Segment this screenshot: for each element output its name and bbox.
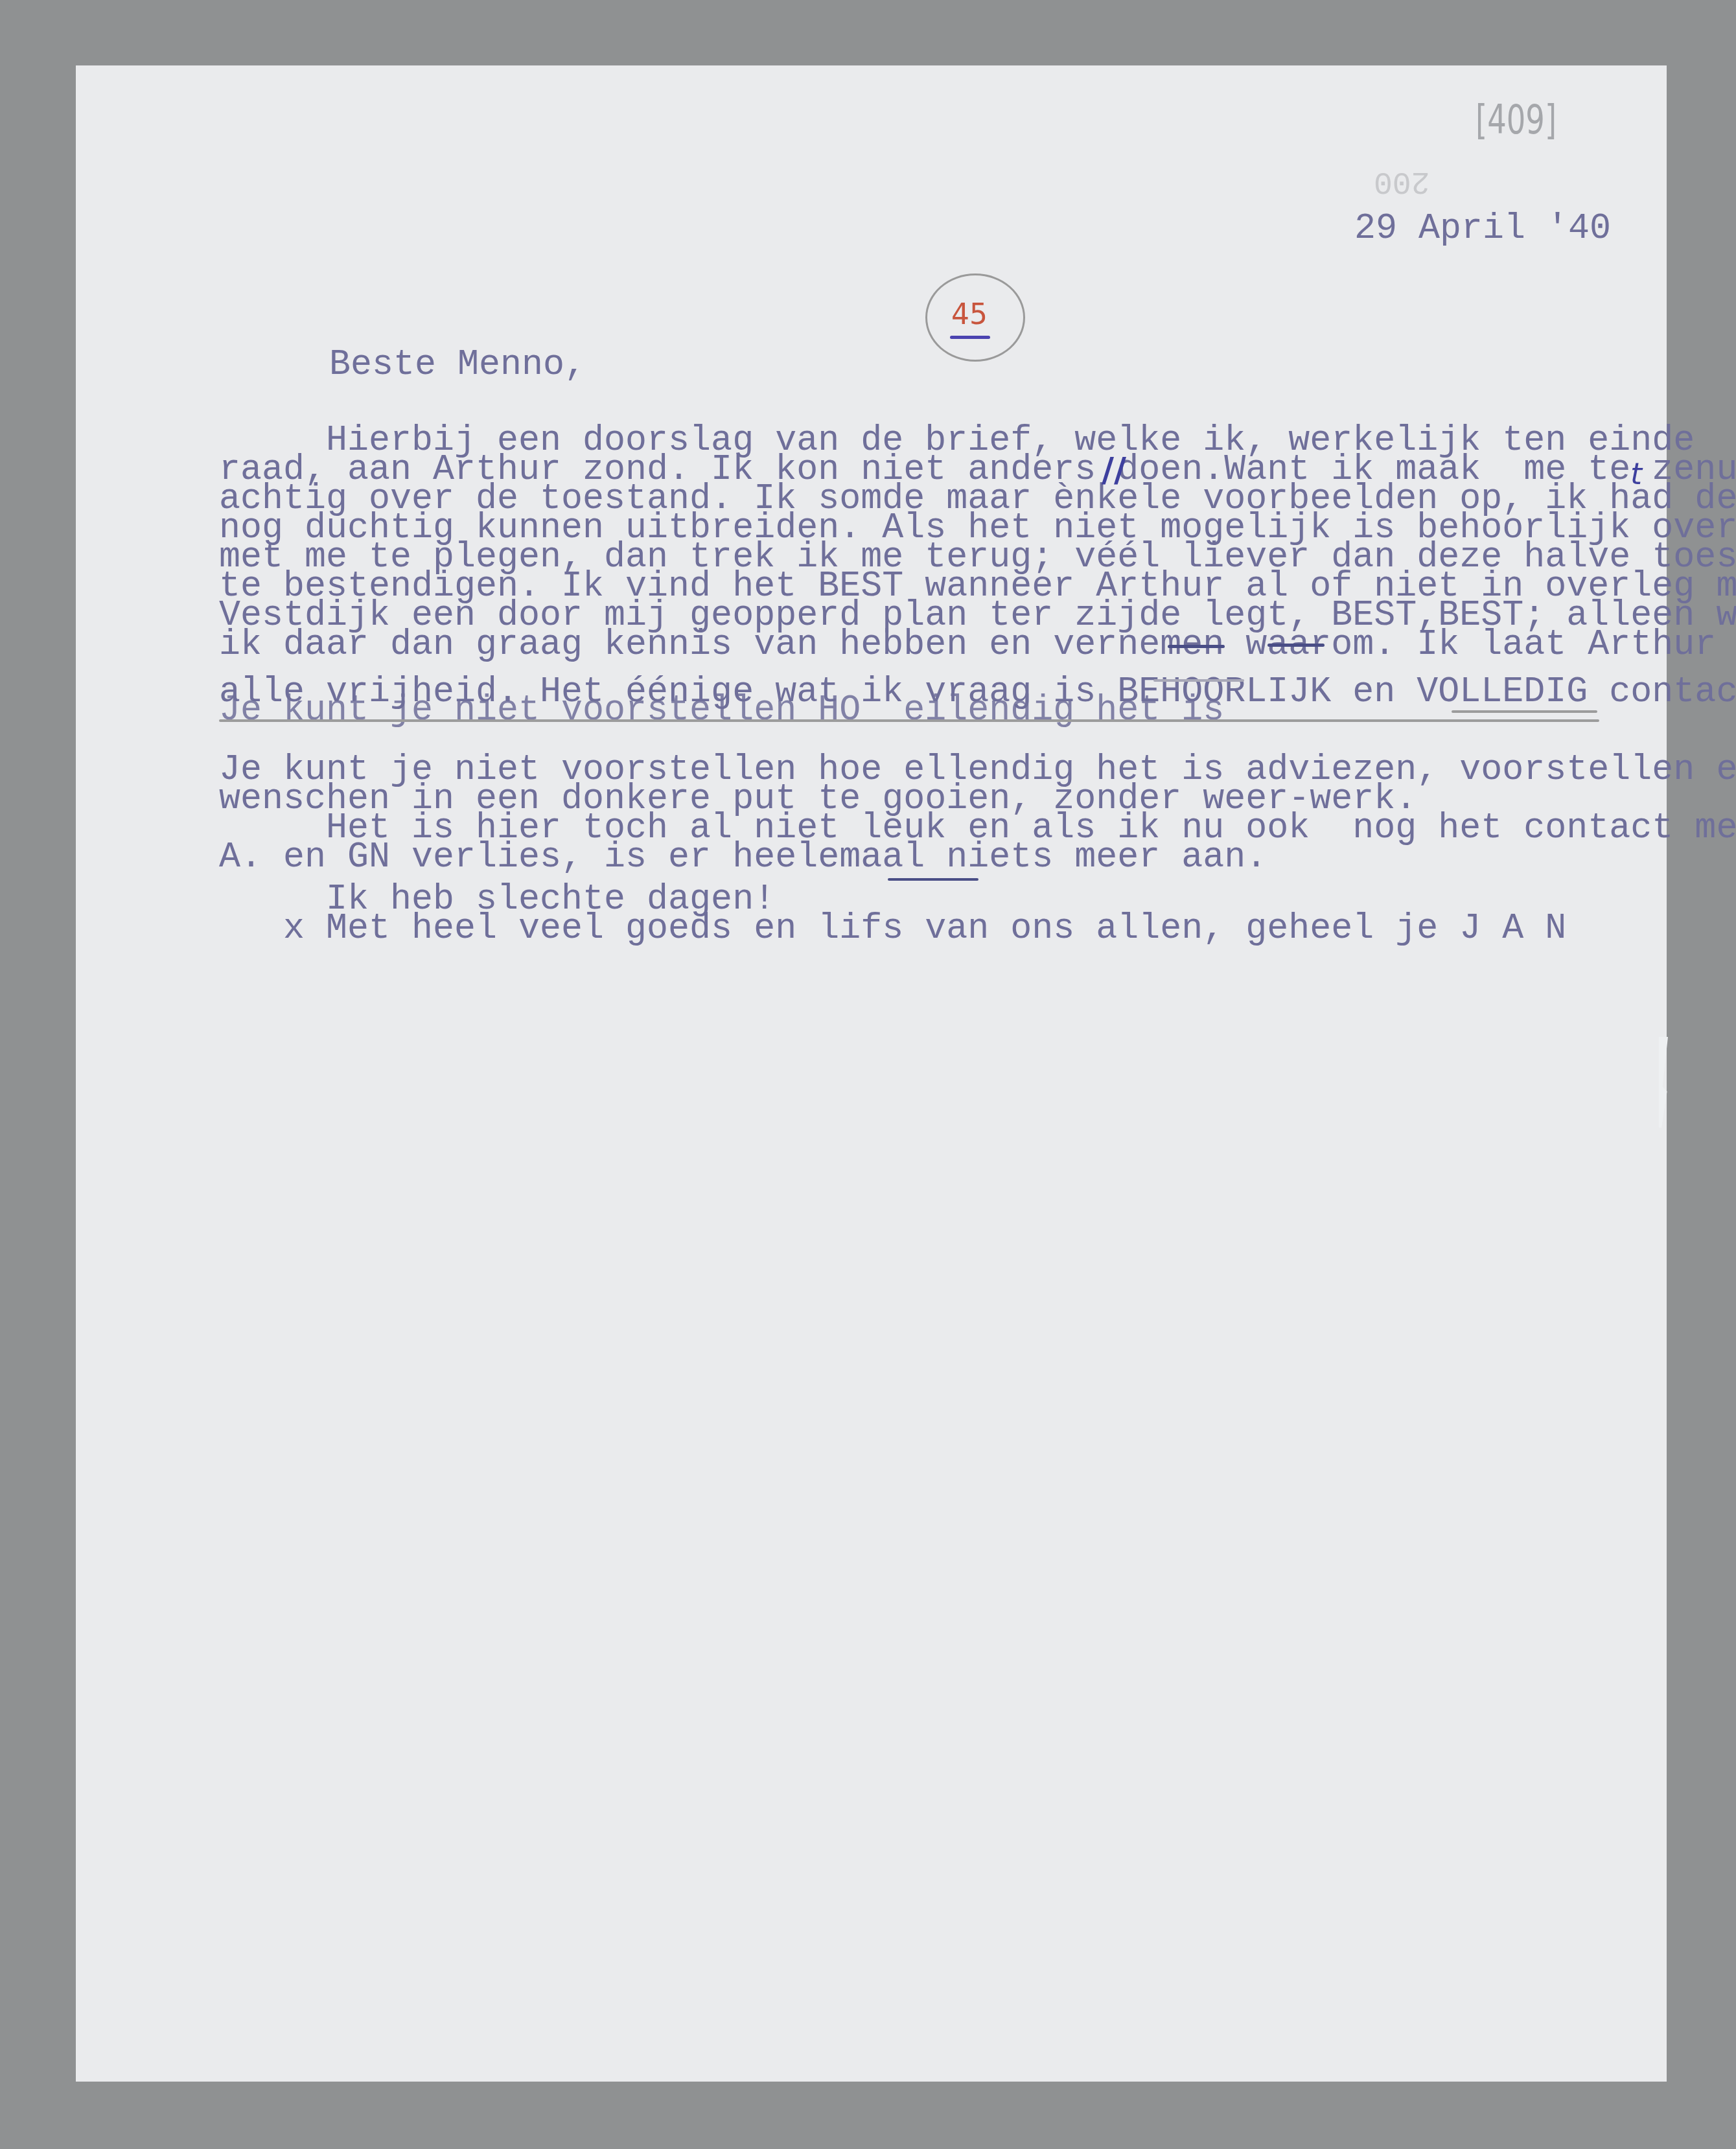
closing-signature: x Met heel veel goeds en lifs van ons al…: [219, 911, 1566, 946]
underline-best-1: [1168, 645, 1225, 648]
margin-correction-t: t: [1630, 456, 1642, 491]
strikethrough-line: [219, 719, 1599, 722]
salutation: Beste Menno,: [329, 347, 586, 382]
ghost-stamp: 200: [1374, 163, 1429, 198]
strikethrough-contact: [1452, 710, 1597, 713]
body-line-14: A. en GN verlies, is er heelemaal niets …: [219, 839, 1267, 875]
body-line-10-struck: Je kunt je niet voorstellen HO eilendig …: [219, 692, 1224, 728]
catalog-number: [409]: [1476, 96, 1557, 143]
body-line-8: ik daar dan graag kennis van hebben en v…: [219, 627, 1716, 662]
overstrike-mark: //: [1102, 451, 1126, 490]
underline-niets: [888, 878, 978, 881]
folio-number: 45: [951, 298, 988, 331]
underline-waarom: [1153, 679, 1244, 682]
letter-date: 29 April '40: [1354, 211, 1611, 246]
letter-page: [76, 65, 1667, 2082]
folio-underline: [950, 336, 990, 339]
underline-best-2: [1267, 644, 1325, 647]
